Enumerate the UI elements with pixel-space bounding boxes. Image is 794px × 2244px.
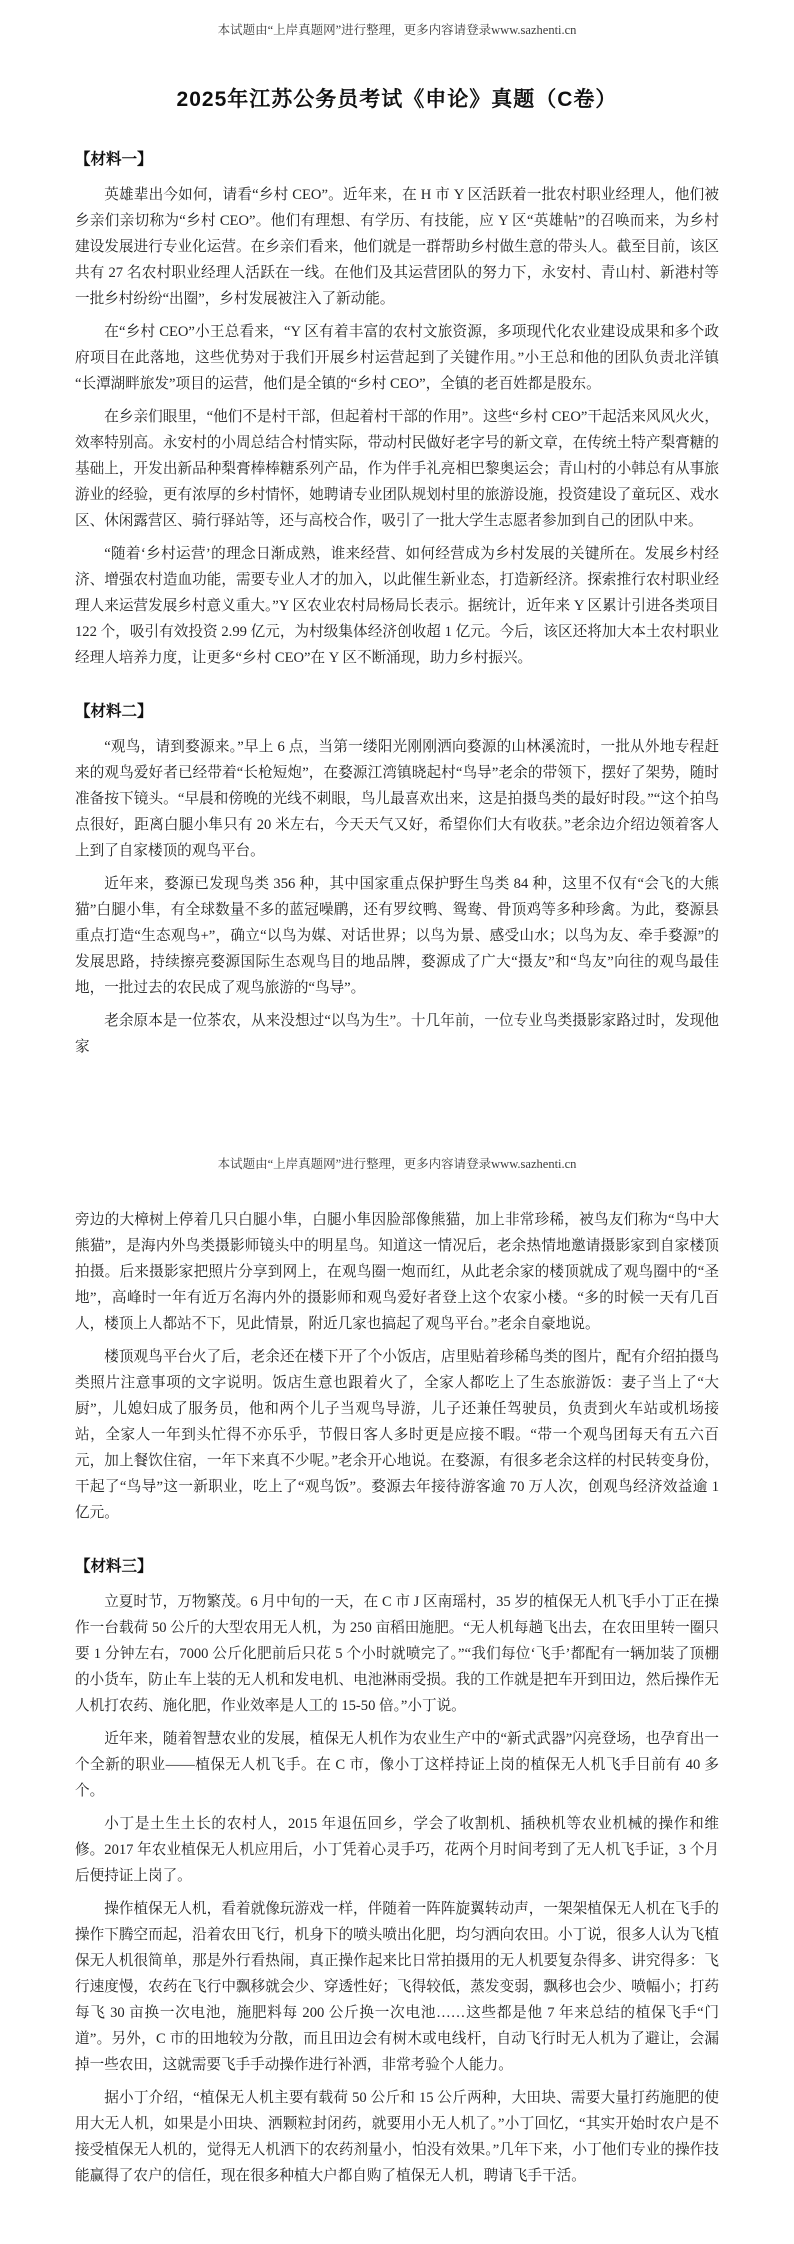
material-1-paragraph-1: 英雄辈出今如何，请看“乡村 CEO”。近年来，在 H 市 Y 区活跃着一批农村职… (75, 182, 719, 312)
exam-document: 本试题由“上岸真题网”进行整理，更多内容请登录www.sazhenti.cn 2… (0, 0, 794, 2244)
material-1-section: 【材料一】 英雄辈出今如何，请看“乡村 CEO”。近年来，在 H 市 Y 区活跃… (75, 149, 719, 671)
material-3-paragraph-2: 近年来，随着智慧农业的发展，植保无人机作为农业生产中的“新式武器”闪亮登场，也孕… (75, 1726, 719, 1804)
material-2-paragraph-3-part1: 老余原本是一位茶农，从来没想过“以鸟为生”。十几年前，一位专业鸟类摄影家路过时，… (75, 1008, 719, 1060)
material-2-paragraph-3-part2: 旁边的大樟树上停着几只白腿小隼，白腿小隼因脸部像熊猫，加上非常珍稀，被鸟友们称为… (75, 1207, 719, 1337)
material-3-heading: 【材料三】 (75, 1556, 719, 1577)
material-2-paragraph-1: “观鸟，请到婺源来。”早上 6 点，当第一缕阳光刚刚洒向婺源的山林溪流时，一批从… (75, 734, 719, 864)
material-2-paragraph-2: 近年来，婺源已发现鸟类 356 种，其中国家重点保护野生鸟类 84 种，这里不仅… (75, 871, 719, 1001)
material-3-paragraph-1: 立夏时节，万物繁茂。6 月中旬的一天，在 C 市 J 区南瑶村，35 岁的植保无… (75, 1589, 719, 1719)
material-3-paragraph-3: 小丁是土生土长的农村人，2015 年退伍回乡，学会了收割机、插秧机等农业机械的操… (75, 1811, 719, 1889)
site-watermark-page2: 本试题由“上岸真题网”进行整理，更多内容请登录www.sazhenti.cn (75, 1156, 719, 1173)
material-1-paragraph-2: 在“乡村 CEO”小王总看来，“Y 区有着丰富的农村文旅资源，多项现代化农业建设… (75, 319, 719, 397)
material-3-section: 【材料三】 立夏时节，万物繁茂。6 月中旬的一天，在 C 市 J 区南瑶村，35… (75, 1556, 719, 2189)
material-2-paragraph-4: 楼顶观鸟平台火了后，老余还在楼下开了个小饭店，店里贴着珍稀鸟类的图片，配有介绍拍… (75, 1344, 719, 1526)
material-2-heading: 【材料二】 (75, 701, 719, 722)
material-3-paragraph-5: 据小丁介绍，“植保无人机主要有载荷 50 公斤和 15 公斤两种，大田块、需要大… (75, 2085, 719, 2189)
page-title: 2025年江苏公务员考试《申论》真题（C卷） (75, 85, 719, 115)
material-1-paragraph-3: 在乡亲们眼里，“他们不是村干部，但起着村干部的作用”。这些“乡村 CEO”干起活… (75, 404, 719, 534)
material-2-section: 【材料二】 “观鸟，请到婺源来。”早上 6 点，当第一缕阳光刚刚洒向婺源的山林溪… (75, 701, 719, 1526)
site-watermark-top: 本试题由“上岸真题网”进行整理，更多内容请登录www.sazhenti.cn (75, 22, 719, 39)
material-1-paragraph-4: “随着‘乡村运营’的理念日渐成熟，谁来经营、如何经营成为乡村发展的关键所在。发展… (75, 541, 719, 671)
material-1-heading: 【材料一】 (75, 149, 719, 170)
material-3-paragraph-4: 操作植保无人机，看着就像玩游戏一样，伴随着一阵阵旋翼转动声，一架架植保无人机在飞… (75, 1896, 719, 2078)
